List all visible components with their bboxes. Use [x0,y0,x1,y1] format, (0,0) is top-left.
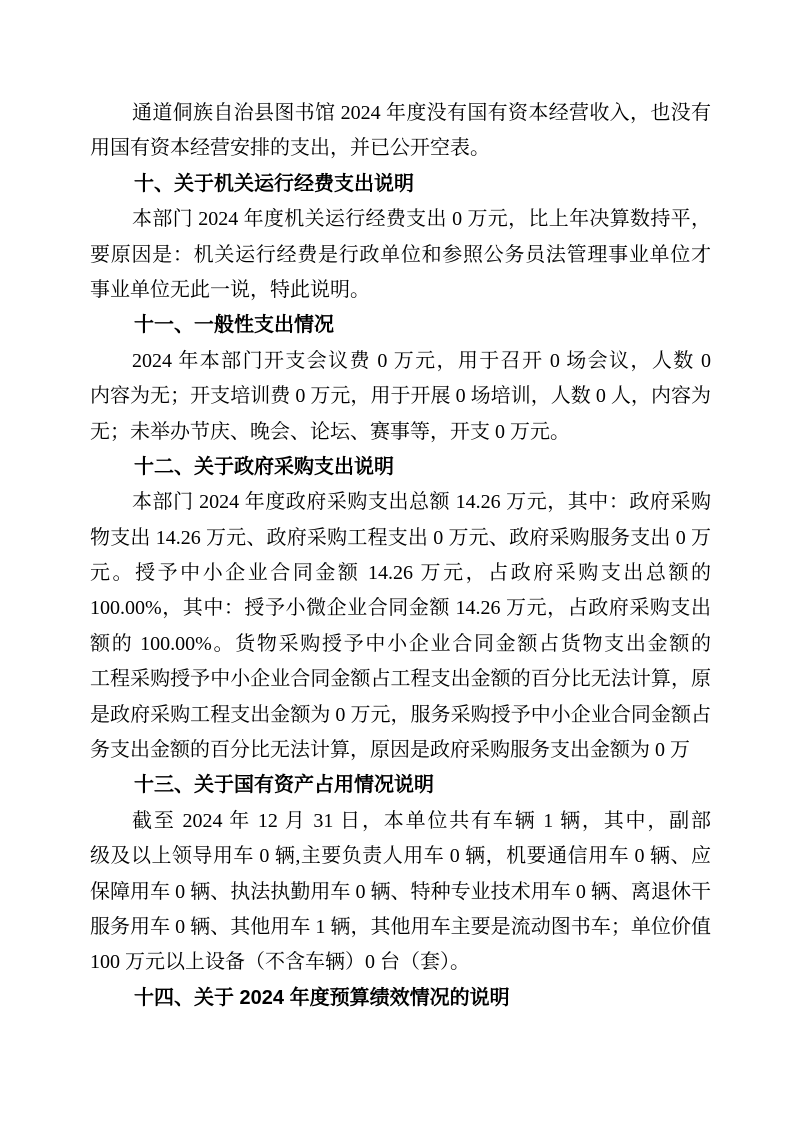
document-page: 通道侗族自治县图书馆 2024 年度没有国有资本经营收入，也没有使 用国有资本经… [0,0,793,1122]
body-line: 内容为无；开支培训费 0 万元，用于开展 0 场培训，人数 0 人，内容为 [90,379,711,414]
body-line: 级及以上领导用车 0 辆,主要负责人用车 0 辆，机要通信用车 0 辆、应急 [90,839,711,874]
heading-section-13: 十三、关于国有资产占用情况说明 [90,768,711,803]
body-line: 用国有资本经营安排的支出，并已公开空表。 [90,131,711,166]
body-line: 本部门 2024 年度机关运行经费支出 0 万元，比上年决算数持平，主 [90,202,711,237]
body-line: 元。授予中小企业合同金额 14.26 万元，占政府采购支出总额的 [90,556,711,591]
heading-section-10: 十、关于机关运行经费支出说明 [90,167,711,202]
heading-section-14: 十四、关于 2024 年度预算绩效情况的说明 [90,981,711,1016]
body-line: 100 万元以上设备（不含车辆）0 台（套）。 [90,945,711,980]
body-line: 无；未举办节庆、晚会、论坛、赛事等，开支 0 万元。 [90,415,711,450]
heading-section-11: 十一、一般性支出情况 [90,308,711,343]
body-line: 保障用车 0 辆、执法执勤用车 0 辆、特种专业技术用车 0 辆、离退休干部 [90,875,711,910]
body-line: 截至 2024 年 12 月 31 日，本单位共有车辆 1 辆，其中，副部（省） [90,804,711,839]
body-line: 物支出 14.26 万元、政府采购工程支出 0 万元、政府采购服务支出 0 万 [90,521,711,556]
body-line: 工程采购授予中小企业合同金额占工程支出金额的百分比无法计算，原因 [90,662,711,697]
body-line: 额的 100.00%。货物采购授予中小企业合同金额占货物支出金额的 100%， [90,627,711,662]
body-line: 2024 年本部门开支会议费 0 万元，用于召开 0 场会议，人数 0 人， [90,344,711,379]
body-line: 本部门 2024 年度政府采购支出总额 14.26 万元，其中：政府采购货 [90,485,711,520]
heading-section-12: 十二、关于政府采购支出说明 [90,450,711,485]
body-line: 务支出金额的百分比无法计算，原因是政府采购服务支出金额为 0 万元。 [90,733,711,768]
body-line: 要原因是：机关运行经费是行政单位和参照公务员法管理事业单位才有， [90,238,711,273]
body-line: 100.00%，其中：授予小微企业合同金额 14.26 万元，占政府采购支出总 [90,591,711,626]
body-line: 服务用车 0 辆、其他用车 1 辆，其他用车主要是流动图书车；单位价值 [90,910,711,945]
body-line: 通道侗族自治县图书馆 2024 年度没有国有资本经营收入，也没有使 [90,96,711,131]
body-line: 事业单位无此一说，特此说明。 [90,273,711,308]
body-line: 是政府采购工程支出金额为 0 万元，服务采购授予中小企业合同金额占服 [90,698,711,733]
